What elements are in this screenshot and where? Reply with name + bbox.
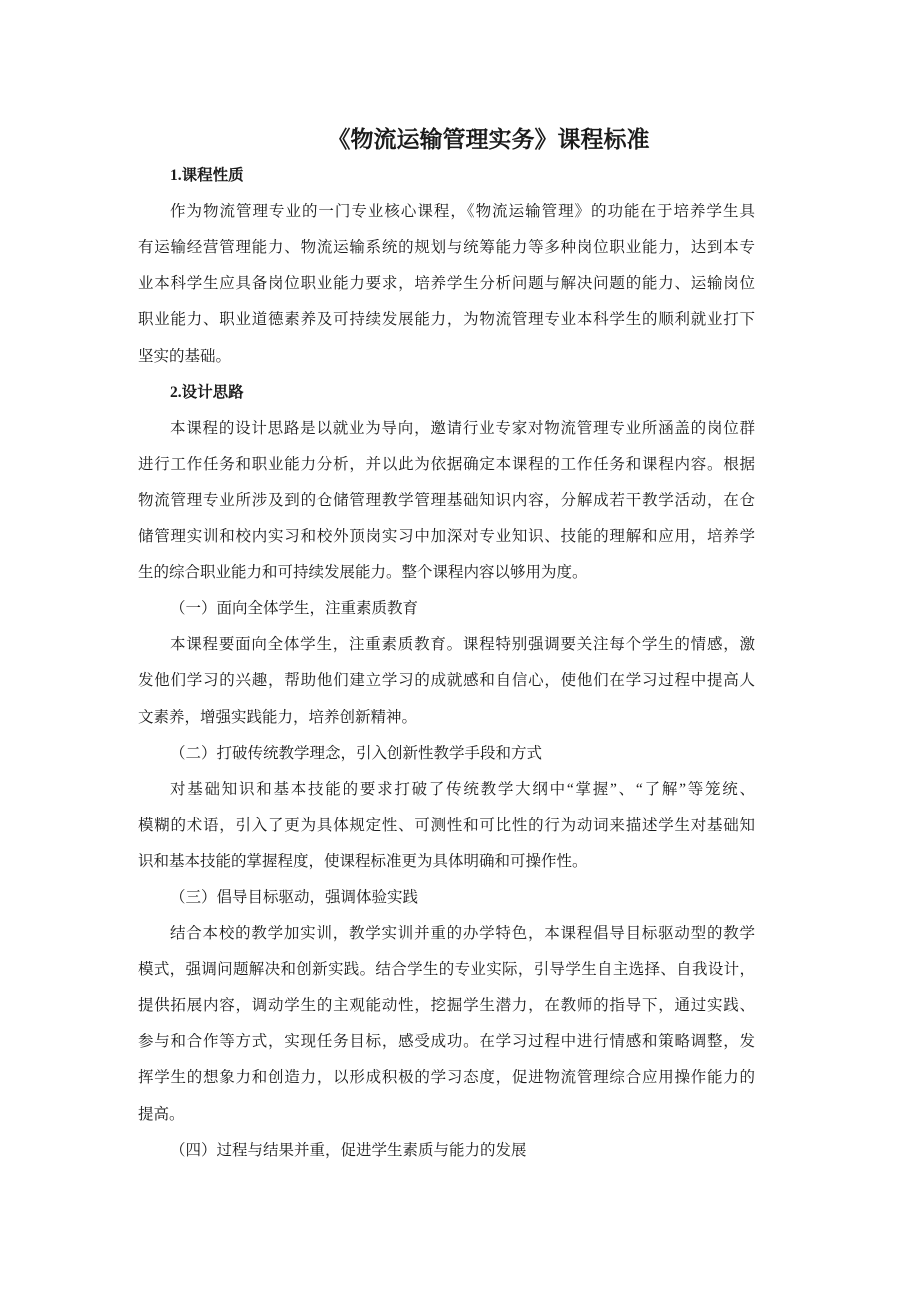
- paragraph-line: 识和基本技能的掌握程度，使课程标准更为具体明确和可操作性。: [138, 844, 755, 880]
- section-heading: 2.设计思路: [138, 375, 755, 411]
- paragraph-line: 发他们学习的兴趣，帮助他们建立学习的成就感和自信心，使他们在学习过程中提高人: [138, 663, 755, 699]
- paragraph-line: 本课程的设计思路是以就业为导向，邀请行业专家对物流管理专业所涵盖的岗位群: [138, 411, 755, 447]
- paragraph-line: 坚实的基础。: [138, 339, 755, 375]
- paragraph-line: 业本科学生应具备岗位职业能力要求，培养学生分析问题与解决问题的能力、运输岗位: [138, 266, 755, 302]
- paragraph-line: 模糊的术语，引入了更为具体规定性、可测性和可比性的行为动词来描述学生对基础知: [138, 808, 755, 844]
- document-page: 《物流运输管理实务》课程标准 1.课程性质作为物流管理专业的一门专业核心课程，《…: [0, 0, 920, 1302]
- paragraph-line: 对基础知识和基本技能的要求打破了传统教学大纲中“掌握”、“了解”等笼统、: [138, 772, 755, 808]
- paragraph-line: 生的综合职业能力和可持续发展能力。整个课程内容以够用为度。: [138, 555, 755, 591]
- sub-heading: （一）面向全体学生，注重素质教育: [138, 591, 755, 627]
- paragraph-line: 结合本校的教学加实训，教学实训并重的办学特色，本课程倡导目标驱动型的教学: [138, 916, 755, 952]
- document-body: 《物流运输管理实务》课程标准 1.课程性质作为物流管理专业的一门专业核心课程，《…: [138, 122, 755, 1169]
- sub-heading: （三）倡导目标驱动，强调体验实践: [138, 880, 755, 916]
- paragraph-line: 本课程要面向全体学生，注重素质教育。课程特别强调要关注每个学生的情感，激: [138, 627, 755, 663]
- paragraph-line: 职业能力、职业道德素养及可持续发展能力，为物流管理专业本科学生的顺利就业打下: [138, 302, 755, 338]
- paragraph-line: 进行工作任务和职业能力分析，并以此为依据确定本课程的工作任务和课程内容。根据: [138, 447, 755, 483]
- paragraph-line: 挥学生的想象力和创造力，以形成积极的学习态度，促进物流管理综合应用操作能力的: [138, 1060, 755, 1096]
- paragraph-line: 储管理实训和校内实习和校外顶岗实习中加深对专业知识、技能的理解和应用，培养学: [138, 519, 755, 555]
- sub-heading: （四）过程与结果并重，促进学生素质与能力的发展: [138, 1133, 755, 1169]
- paragraph-line: 提供拓展内容，调动学生的主观能动性，挖掘学生潜力，在教师的指导下，通过实践、: [138, 988, 755, 1024]
- paragraph-line: 物流管理专业所涉及到的仓储管理教学管理基础知识内容，分解成若干教学活动，在仓: [138, 483, 755, 519]
- paragraph-line: 模式，强调问题解决和创新实践。结合学生的专业实际，引导学生自主选择、自我设计，: [138, 952, 755, 988]
- document-title: 《物流运输管理实务》课程标准: [138, 122, 755, 158]
- paragraph-line: 提高。: [138, 1097, 755, 1133]
- paragraph-line: 文素养，增强实践能力，培养创新精神。: [138, 700, 755, 736]
- sub-heading: （二）打破传统教学理念，引入创新性教学手段和方式: [138, 736, 755, 772]
- paragraph-line: 有运输经营管理能力、物流运输系统的规划与统筹能力等多种岗位职业能力，达到本专: [138, 230, 755, 266]
- section-heading: 1.课程性质: [138, 158, 755, 194]
- paragraph-line: 作为物流管理专业的一门专业核心课程，《物流运输管理》的功能在于培养学生具: [138, 194, 755, 230]
- paragraph-line: 参与和合作等方式，实现任务目标，感受成功。在学习过程中进行情感和策略调整，发: [138, 1024, 755, 1060]
